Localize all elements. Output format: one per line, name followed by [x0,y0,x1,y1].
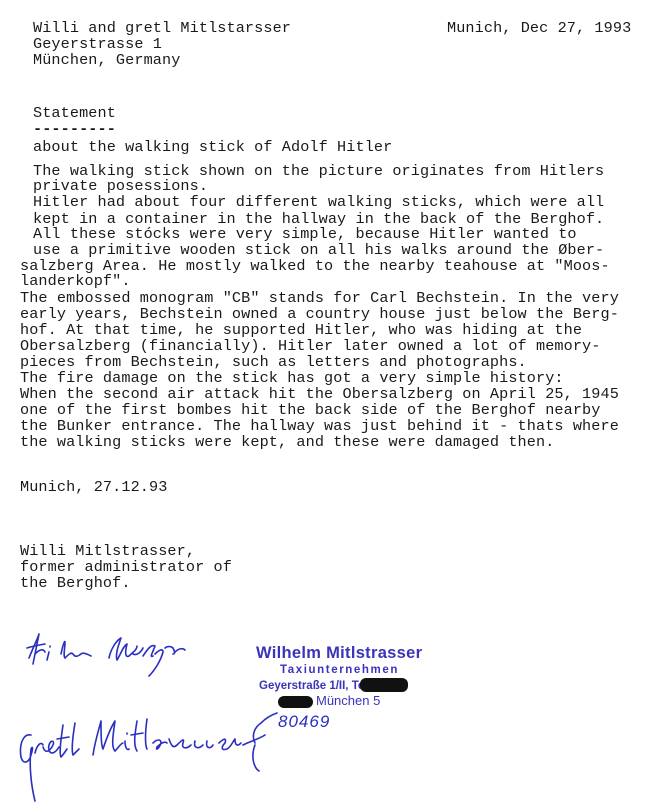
body-line: hof. At that time, he supported Hitler, … [20,322,582,338]
sender-name: Willi and gretl Mitlstarsser [33,20,291,36]
redacted-phone [360,678,408,692]
body-line: pieces from Bechstein, such as letters a… [20,354,527,370]
statement-underline: --------- [33,121,116,137]
body-line: All these stócks were very simple, becau… [33,226,577,242]
stamp-address: Geyerstraße 1/II, Tel. [259,680,371,692]
stamp-business: Taxiunternehmen [280,664,399,676]
body-line: Hitler had about four different walking … [33,194,604,210]
statement-title: Statement [33,105,116,121]
signatory-role: former administrator of [20,559,232,575]
signatory-place: the Berghof. [20,575,131,591]
signature-willi [25,630,215,680]
sender-street: Geyerstrasse 1 [33,36,162,52]
body-line: the walking sticks were kept, and these … [20,434,554,450]
redacted-number [278,696,313,708]
body-line: The fire damage on the stick has got a v… [20,370,564,386]
sender-city: München, Germany [33,52,180,68]
stamp-city: München 5 [316,693,380,708]
date-header: Munich, Dec 27, 1993 [447,20,631,36]
body-line: The embossed monogram "CB" stands for Ca… [20,290,619,306]
stamp-name: Wilhelm Mitlstrasser [256,644,422,663]
signatory-name: Willi Mitlstrasser, [20,543,195,559]
body-line: When the second air attack hit the Obers… [20,386,619,402]
body-line: Obersalzberg (financially). Hitler later… [20,338,600,354]
body-line: early years, Bechstein owned a country h… [20,306,619,322]
body-line: landerkopf". [20,273,131,289]
statement-subject: about the walking stick of Adolf Hitler [33,139,392,155]
handwritten-postcode: 80469 [278,712,330,732]
body-line: the Bunker entrance. The hallway was jus… [20,418,619,434]
body-line: private posessions. [33,178,208,194]
body-line: one of the first bombes hit the back sid… [20,402,600,418]
closing-date: Munich, 27.12.93 [20,479,167,495]
signature-gretl [15,705,275,805]
body-line: use a primitive wooden stick on all his … [33,242,604,258]
